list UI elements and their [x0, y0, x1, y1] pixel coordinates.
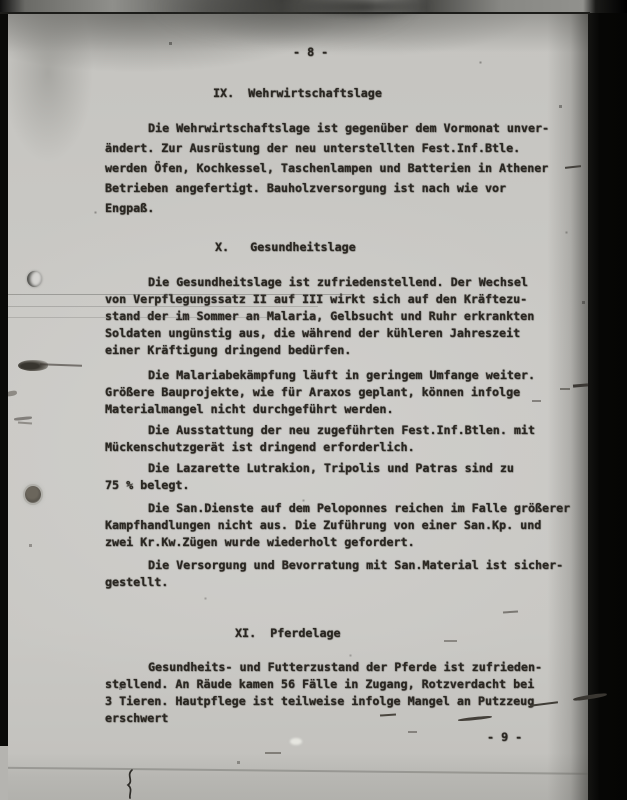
- paragraph-line: Soldaten ungünstig aus, die während der …: [105, 325, 575, 342]
- typed-text-column: - 8 - IX. Wehrwirtschaftslage Die Wehrwi…: [105, 0, 575, 746]
- paragraph-line: Die Malariabekämpfung läuft in geringem …: [105, 367, 575, 384]
- page-number-bottom: - 9 -: [487, 729, 575, 746]
- section-heading-x: X. Gesundheitslage: [215, 239, 575, 256]
- scanned-document-photo: { "colors": { "paper": "#c9c8c4", "ink":…: [0, 0, 627, 800]
- scan-shadow-blob: [300, 0, 430, 18]
- paragraph: Die Versorgung und Bevorratung mit San.M…: [105, 557, 575, 591]
- paragraph-line: erschwert: [105, 710, 575, 727]
- paragraph-line: Engpaß.: [105, 198, 575, 218]
- paper-corner-bottom-left: [0, 746, 8, 800]
- paragraph-line: zwei Kr.Kw.Zügen wurde wiederholt geford…: [105, 534, 575, 551]
- film-border-right: [588, 0, 627, 800]
- paragraph: Die Ausstattung der neu zugeführten Fest…: [105, 422, 575, 456]
- paragraph-line: Die Wehrwirtschaftslage ist gegenüber de…: [105, 118, 575, 138]
- section-heading-ix: IX. Wehrwirtschaftslage: [213, 85, 575, 102]
- paragraph-line: 3 Tieren. Hautpflege ist teilweise infol…: [105, 693, 575, 710]
- paragraph-line: ändert. Zur Ausrüstung der neu unterstel…: [105, 138, 575, 158]
- paragraph-line: gestellt.: [105, 574, 575, 591]
- paragraph: Die Lazarette Lutrakion, Tripolis und Pa…: [105, 460, 575, 494]
- paragraph: Die San.Dienste auf dem Peloponnes reich…: [105, 500, 575, 551]
- hole-punch-bottom: [25, 486, 41, 503]
- fold-line: [8, 306, 318, 307]
- hole-punch-top: [27, 271, 42, 287]
- paragraph-line: Die San.Dienste auf dem Peloponnes reich…: [105, 500, 575, 517]
- fold-line: [8, 317, 273, 318]
- margin-dash-mark: [532, 400, 541, 402]
- ink-curl-mark: [122, 768, 138, 800]
- paragraph-line: stellend. An Räude kamen 56 Fälle in Zug…: [105, 676, 575, 693]
- paragraph-line: Materialmangel nicht durchgeführt werden…: [105, 401, 575, 418]
- paragraph-line: Die Ausstattung der neu zugeführten Fest…: [105, 422, 575, 439]
- ink-smudge: [18, 360, 48, 371]
- paragraph: Die Wehrwirtschaftslage ist gegenüber de…: [105, 118, 575, 218]
- paragraph: Die Malariabekämpfung läuft in geringem …: [105, 367, 575, 418]
- paragraph-line: Die Versorgung und Bevorratung mit San.M…: [105, 557, 575, 574]
- paragraph-line: werden Öfen, Kochkessel, Taschenlampen u…: [105, 158, 575, 178]
- paragraph-line: Größere Bauprojekte, wie für Araxos gepl…: [105, 384, 575, 401]
- paragraph-line: Die Gesundheitslage ist zufriedenstellen…: [105, 274, 575, 291]
- paragraph-line: Kampfhandlungen nicht aus. Die Zuführung…: [105, 517, 575, 534]
- paper-speck: [290, 738, 302, 745]
- paragraph-line: Mückenschutzgerät ist dringend erforderl…: [105, 439, 575, 456]
- section-heading-xi: XI. Pferdelage: [235, 625, 575, 642]
- paragraph-line: Betrieben angefertigt. Bauholzversorgung…: [105, 178, 575, 198]
- paragraph-line: Die Lazarette Lutrakion, Tripolis und Pa…: [105, 460, 575, 477]
- margin-dash-mark: [444, 640, 457, 642]
- paragraph-line: 75 % belegt.: [105, 477, 575, 494]
- ink-smudge: [408, 731, 417, 733]
- ink-smudge: [265, 752, 281, 754]
- film-border-left: [0, 0, 8, 746]
- paragraph-line: einer Kräftigung dringend bedürfen.: [105, 342, 575, 359]
- fold-line: [8, 294, 353, 295]
- page-number-top: - 8 -: [293, 44, 575, 61]
- margin-dash-mark: [560, 388, 570, 390]
- paragraph: Gesundheits- und Futterzustand der Pferd…: [105, 659, 575, 727]
- paragraph-line: Gesundheits- und Futterzustand der Pferd…: [105, 659, 575, 676]
